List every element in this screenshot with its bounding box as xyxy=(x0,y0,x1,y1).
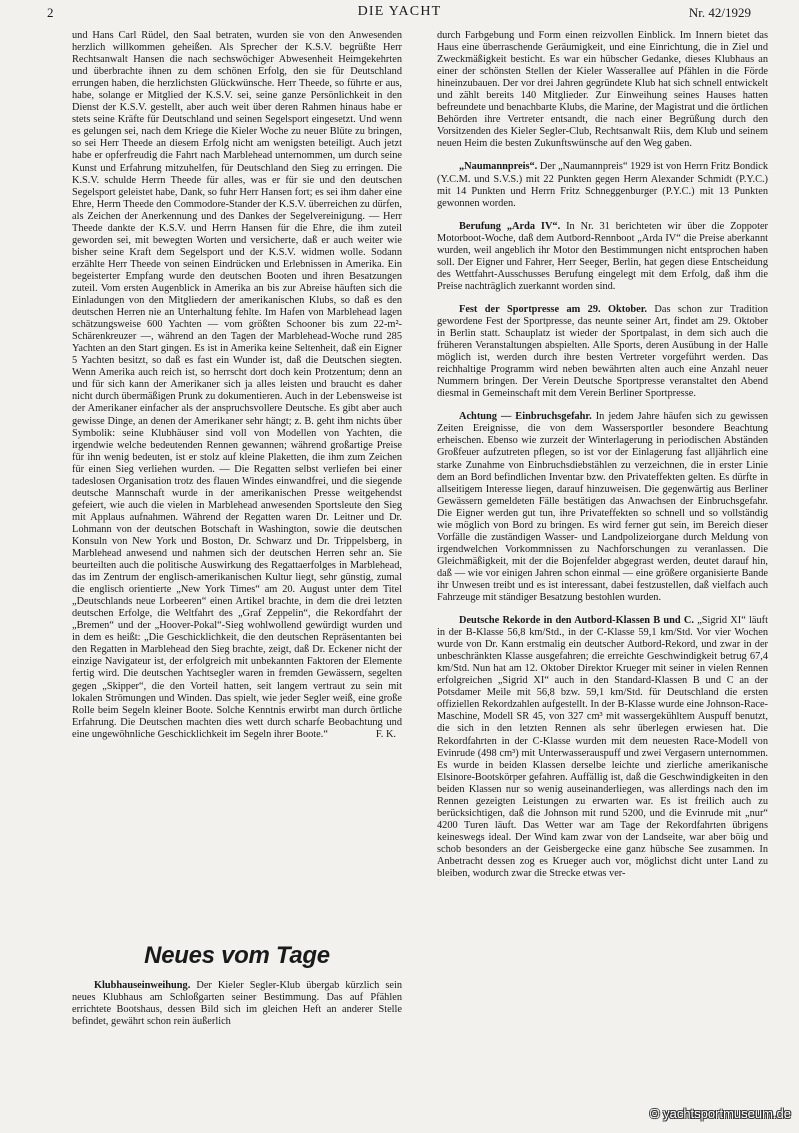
news-item-text: „Sigrid XI“ läuft in der B-Klasse 56,8 k… xyxy=(437,615,768,879)
news-item-continued: durch Farbgebung und Form einen reizvoll… xyxy=(437,30,768,150)
news-item-sportpresse: Fest der Sportpresse am 29. Oktober. Das… xyxy=(437,304,768,400)
copyright-watermark: © yachtsportmuseum.de xyxy=(650,1106,791,1121)
page-header: 2 DIE YACHT Nr. 42/1929 xyxy=(0,0,799,24)
news-item-title: Achtung — Einbruchsgefahr. xyxy=(459,411,592,422)
news-item-title: Deutsche Rekorde in den Autbord-Klassen … xyxy=(459,615,694,626)
news-item-rekorde: Deutsche Rekorde in den Autbord-Klassen … xyxy=(437,615,768,880)
magazine-title: DIE YACHT xyxy=(0,4,799,20)
news-item-naumannpreis: „Naumannpreis“. Der „Naumannpreis“ 1929 … xyxy=(437,161,768,209)
right-column: durch Farbgebung und Form einen reizvoll… xyxy=(437,30,768,880)
magazine-page: 2 DIE YACHT Nr. 42/1929 und Hans Carl Rü… xyxy=(0,0,799,1133)
news-item-title: „Naumannpreis“. xyxy=(459,161,537,172)
news-item-klubhaus: Klubhauseinweihung. Der Kieler Segler-Kl… xyxy=(72,980,402,1028)
news-item-arda: Berufung „Arda IV“. In Nr. 31 berichtete… xyxy=(437,221,768,293)
article-body: und Hans Carl Rüdel, den Saal betraten, … xyxy=(72,30,402,741)
news-item-title: Fest der Sportpresse am 29. Oktober. xyxy=(459,304,647,315)
news-item-einbruchsgefahr: Achtung — Einbruchsgefahr. In jedem Jahr… xyxy=(437,411,768,604)
news-item-title: Klubhauseinweihung. xyxy=(94,980,190,991)
left-column: und Hans Carl Rüdel, den Saal betraten, … xyxy=(72,30,402,741)
news-item-text: Das schon zur Tradition gewordene Fest d… xyxy=(437,304,768,399)
section-heading: Neues vom Tage xyxy=(72,942,402,970)
news-item-text: In jedem Jahre häufen sich zu gewissen Z… xyxy=(437,411,768,603)
issue-number: Nr. 42/1929 xyxy=(689,5,751,21)
news-item-title: Berufung „Arda IV“. xyxy=(459,221,560,232)
